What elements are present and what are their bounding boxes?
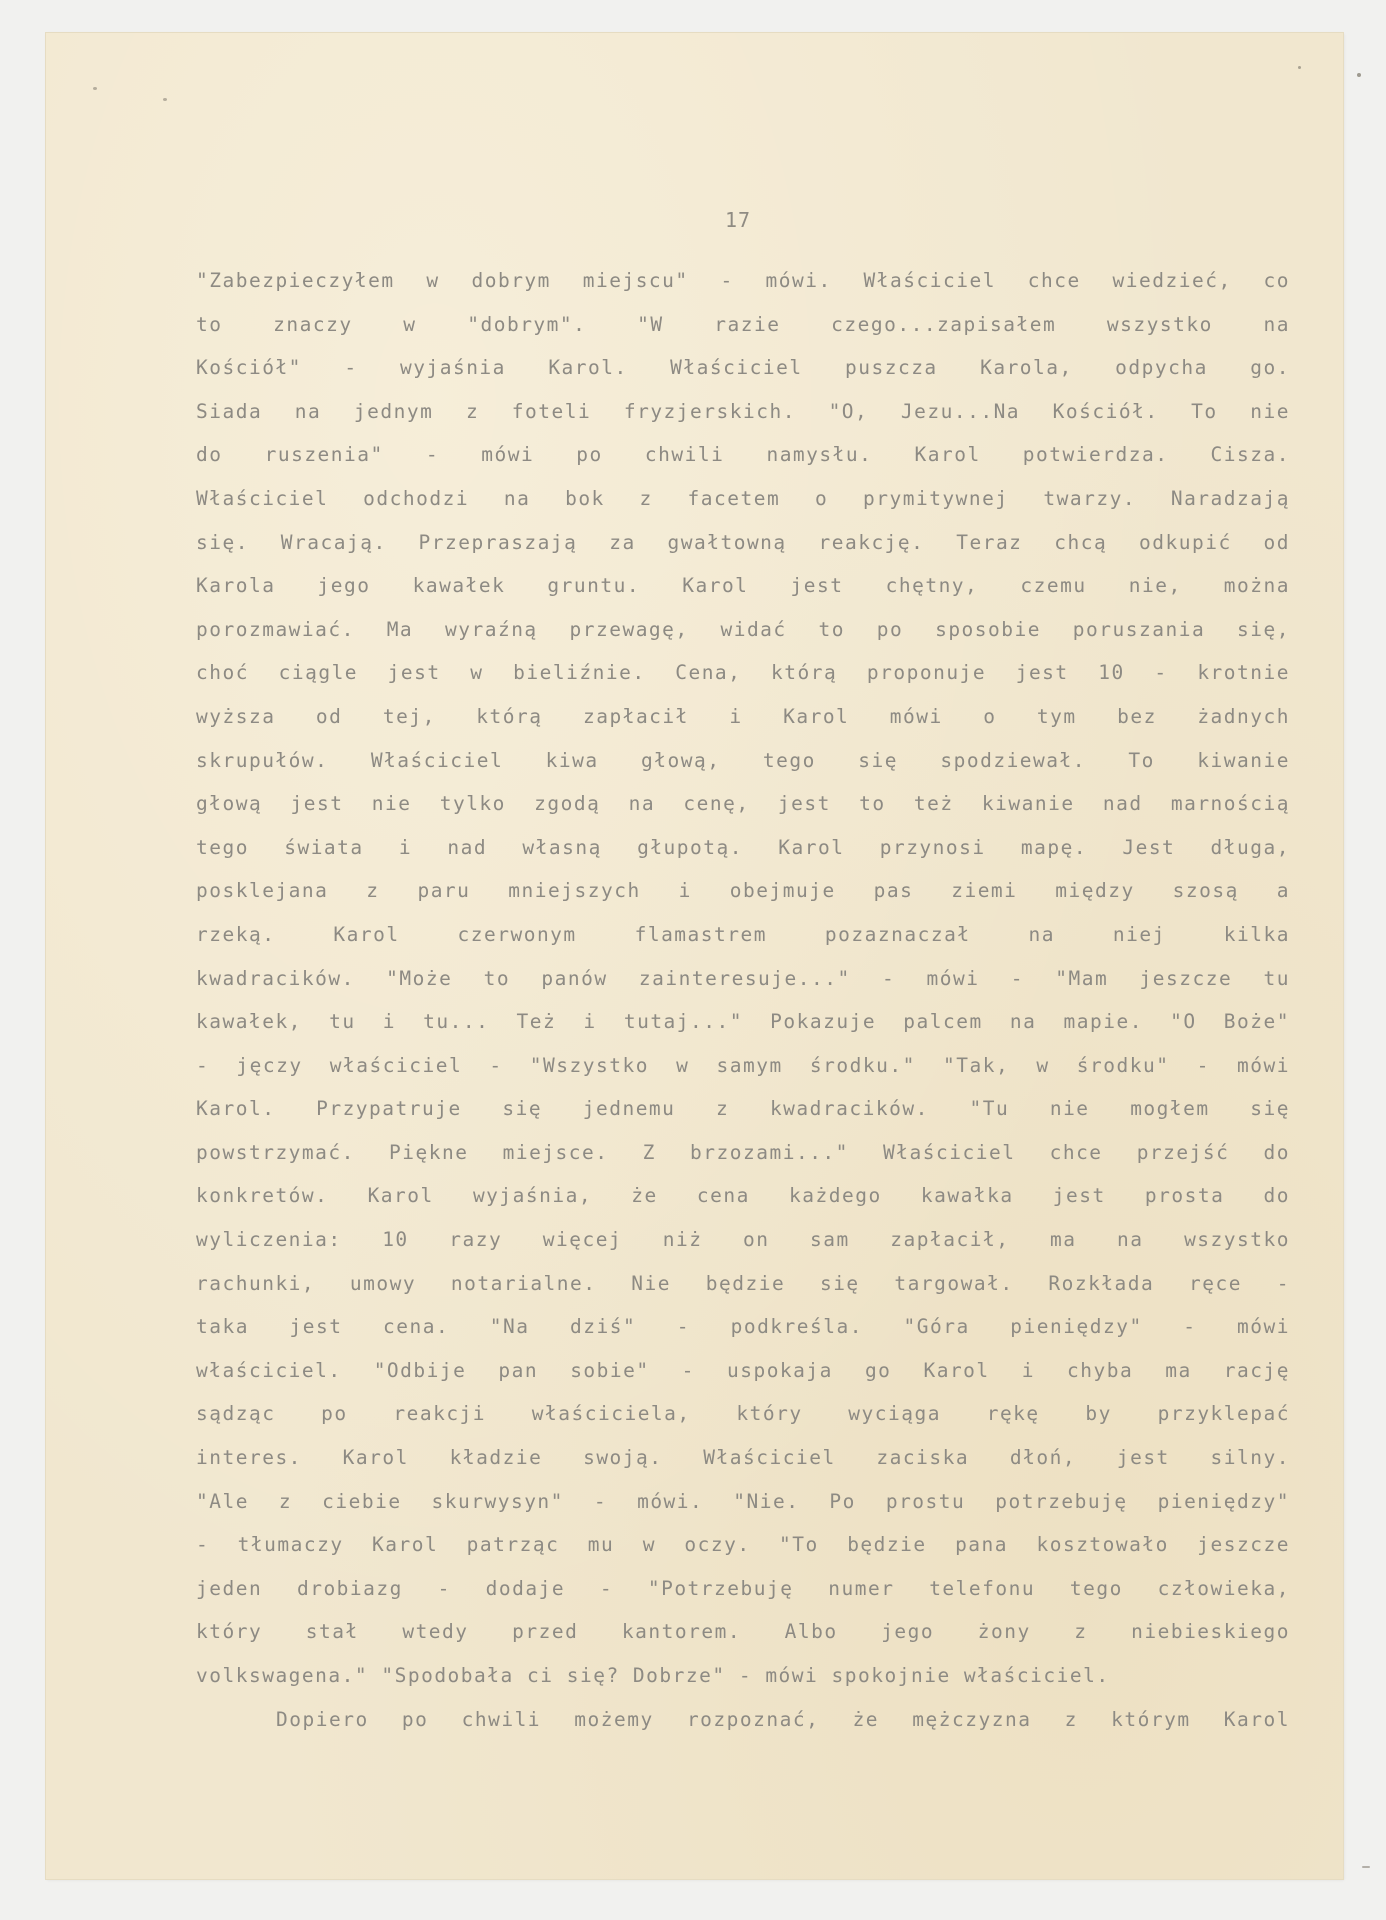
text-line: powstrzymać. Piękne miejsce. Z brzozami.… [196, 1131, 1290, 1175]
text-line: Siada na jednym z foteli fryzjerskich. "… [196, 390, 1290, 434]
text-line: Karola jego kawałek gruntu. Karol jest c… [196, 564, 1290, 608]
text-line: porozmawiać. Ma wyraźną przewagę, widać … [196, 608, 1290, 652]
text-line: to znaczy w "dobrym". "W razie czego...z… [196, 303, 1290, 347]
paper-speck [93, 87, 97, 90]
scan-speck [1357, 73, 1361, 77]
text-line: choć ciągle jest w bieliźnie. Cena, któr… [196, 651, 1290, 695]
text-line: taka jest cena. "Na dziś" - podkreśla. "… [196, 1305, 1290, 1349]
text-line: interes. Karol kładzie swoją. Właściciel… [196, 1436, 1290, 1480]
text-line: rachunki, umowy notarialne. Nie będzie s… [196, 1262, 1290, 1306]
text-line: "Zabezpieczyłem w dobrym miejscu" - mówi… [196, 259, 1290, 303]
text-line: skrupułów. Właściciel kiwa głową, tego s… [196, 739, 1290, 783]
text-line: wyższa od tej, którą zapłacił i Karol mó… [196, 695, 1290, 739]
page-number: 17 [0, 208, 1386, 232]
text-line: do ruszenia" - mówi po chwili namysłu. K… [196, 433, 1290, 477]
scan-speck [1362, 1866, 1370, 1868]
text-line: posklejana z paru mniejszych i obejmuje … [196, 869, 1290, 913]
text-line: Kościół" - wyjaśnia Karol. Właściciel pu… [196, 346, 1290, 390]
text-line: który stał wtedy przed kantorem. Albo je… [196, 1610, 1290, 1654]
text-line: volkswagena." "Spodobała ci się? Dobrze"… [196, 1654, 1290, 1698]
text-line: tego świata i nad własną głupotą. Karol … [196, 826, 1290, 870]
paper-speck [163, 98, 167, 101]
text-line: głową jest nie tylko zgodą na cenę, jest… [196, 782, 1290, 826]
text-line: jeden drobiazg - dodaje - "Potrzebuję nu… [196, 1567, 1290, 1611]
text-line: wyliczenia: 10 razy więcej niż on sam za… [196, 1218, 1290, 1262]
text-line: Karol. Przypatruje się jednemu z kwadrac… [196, 1087, 1290, 1131]
text-line: kwadracików. "Może to panów zainteresuje… [196, 957, 1290, 1001]
text-line: się. Wracają. Przepraszają za gwałtowną … [196, 521, 1290, 565]
text-line: - tłumaczy Karol patrząc mu w oczy. "To … [196, 1523, 1290, 1567]
text-line: kawałek, tu i tu... Też i tutaj..." Poka… [196, 1000, 1290, 1044]
text-line: konkretów. Karol wyjaśnia, że cena każde… [196, 1174, 1290, 1218]
text-line: Dopiero po chwili możemy rozpoznać, że m… [196, 1698, 1290, 1742]
text-line: właściciel. "Odbije pan sobie" - uspokaj… [196, 1349, 1290, 1393]
text-line: Właściciel odchodzi na bok z facetem o p… [196, 477, 1290, 521]
text-line: rzeką. Karol czerwonym flamastrem pozazn… [196, 913, 1290, 957]
text-line: "Ale z ciebie skurwysyn" - mówi. "Nie. P… [196, 1480, 1290, 1524]
paper-speck [1298, 66, 1301, 69]
text-line: sądząc po reakcji właściciela, który wyc… [196, 1392, 1290, 1436]
text-line: - jęczy właściciel - "Wszystko w samym ś… [196, 1044, 1290, 1088]
typed-body-text: "Zabezpieczyłem w dobrym miejscu" - mówi… [196, 259, 1290, 1741]
